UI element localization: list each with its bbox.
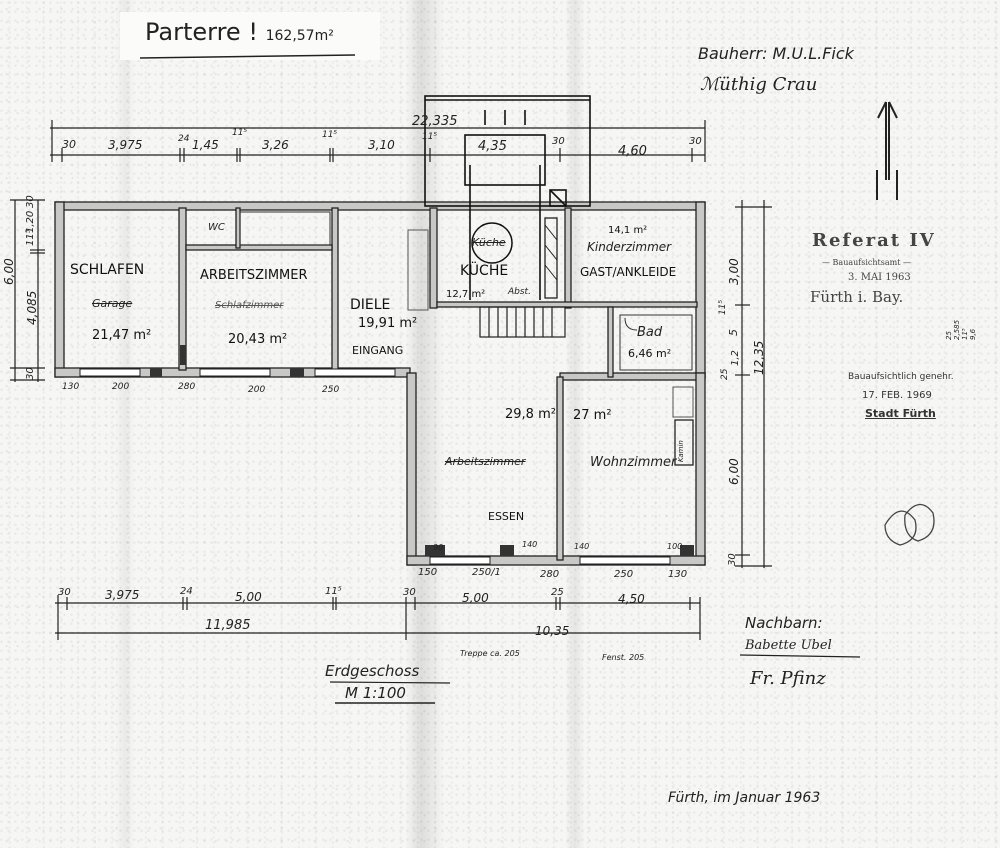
room-old-name-arbeitszimmer: Schlafzimmer <box>215 300 283 311</box>
window-dim: 200 <box>248 385 265 395</box>
stamp-referat-date: 3. MAI 1963 <box>848 272 911 283</box>
room-extra-wohnzimmer: Kamin <box>677 440 685 462</box>
neighbor-signature: Fr. Pfinz <box>750 668 826 689</box>
room-old-name-kueche: Küche <box>472 236 506 249</box>
note: Fenst. 205 <box>602 653 644 662</box>
dim-bottom: 4,50 <box>618 592 645 606</box>
window-dim: 250/1 <box>472 567 501 578</box>
dim-bottom: 5,00 <box>462 591 489 605</box>
floor-plan-drawing <box>0 0 1000 848</box>
north-arrow-icon <box>877 102 897 200</box>
margin-number: 2,585 <box>953 320 961 340</box>
stamp-referat-sub: — Bauaufsichtsamt — <box>822 258 911 267</box>
scale-label: M 1:100 <box>345 684 406 702</box>
dim-bottom: 5,00 <box>235 590 262 604</box>
dim-right: 6,00 <box>727 458 741 485</box>
dim-right: 25 <box>720 369 730 380</box>
dim-top: 24 <box>178 134 189 144</box>
room-extra-kueche: Abst. <box>508 287 531 297</box>
room-name-bad: Bad <box>637 325 662 340</box>
dim-top: 3,10 <box>368 138 395 152</box>
window-dim: 150 <box>418 567 437 578</box>
room-area-kueche: 12,7 m² <box>446 289 485 300</box>
dim-top: 30 <box>62 138 76 151</box>
floor-label: Erdgeschoss <box>325 662 419 680</box>
dim-bottom: 3,975 <box>105 588 139 602</box>
inner-dim: 140 <box>522 540 537 549</box>
dim-right: 11⁵ <box>718 300 728 315</box>
room-area-arbeitszimmer: 20,43 m² <box>228 332 287 347</box>
dim-right: 30 <box>727 553 738 566</box>
stamp-referat-city: Fürth i. Bay. <box>810 288 903 306</box>
neighbors-label: Nachbarn: <box>745 614 823 632</box>
dim-top: 11⁵ <box>322 130 337 140</box>
dim-right: 5 <box>727 329 740 336</box>
dim-top: 11⁵ <box>232 128 247 138</box>
room-old-name-essen: Arbeitszimmer <box>445 455 525 468</box>
dim-top: 4,60 <box>618 144 647 159</box>
window-dim: 200 <box>112 382 129 392</box>
window-dim: 130 <box>668 569 687 580</box>
room-name-kinderzimmer: GAST/ANKLEIDE <box>580 265 676 279</box>
dim-bottom: 11⁵ <box>325 586 342 597</box>
dim-bottom-total-left: 11,985 <box>205 618 251 633</box>
note: Treppe ca. 205 <box>460 649 520 658</box>
dim-left: 30 <box>25 195 36 208</box>
margin-number: 25 <box>945 331 953 340</box>
room-sub-diele: EINGANG <box>352 344 403 357</box>
room-name-schlafen: SCHLAFEN <box>70 262 144 278</box>
dim-left: 30 <box>25 367 36 380</box>
dim-bottom: 30 <box>403 587 416 598</box>
room-area-schlafen: 21,47 m² <box>92 328 151 343</box>
margin-number: 9,6 <box>969 329 977 340</box>
room-name-diele: DIELE <box>350 297 390 313</box>
dim-top: 4,35 <box>478 139 507 154</box>
dim-top: 30 <box>552 136 565 147</box>
dim-right: 3,00 <box>727 258 741 285</box>
dim-top: 3,26 <box>262 138 289 152</box>
room-name-arbeitszimmer: ARBEITSZIMMER <box>200 268 308 283</box>
dim-bottom: 24 <box>180 586 193 597</box>
dim-right: 1,2 <box>730 350 741 366</box>
dim-bottom-total-right: 10,35 <box>535 624 569 638</box>
room-area-wohnzimmer: 27 m² <box>573 408 612 423</box>
stamp-approval-city: Stadt Fürth <box>865 407 936 420</box>
room-area-bad: 6,46 m² <box>628 347 671 360</box>
room-name-wc: WC <box>208 222 225 233</box>
stamp-approval-label: Bauaufsichtlich genehr. <box>848 372 954 382</box>
dim-left: 1,20 <box>25 211 36 233</box>
dim-top: 3,975 <box>108 138 142 152</box>
dim-top: 30 <box>689 136 702 147</box>
window-dim: 280 <box>178 382 195 392</box>
dim-left-total: 6,00 <box>2 258 16 285</box>
dim-top: 11⁵ <box>422 132 437 142</box>
place-date: Fürth, im Januar 1963 <box>668 790 820 806</box>
window-dim: 250 <box>322 385 339 395</box>
margin-number: 11⁵ <box>961 328 969 340</box>
room-name-wohnzimmer: Wohnzimmer <box>590 455 676 470</box>
window-dim: 280 <box>540 569 559 580</box>
inner-dim: 90 <box>433 543 443 552</box>
room-name-kueche: KÜCHE <box>460 263 508 279</box>
inner-dim: 100 <box>667 542 682 551</box>
room-name-essen: ESSEN <box>488 510 524 523</box>
dim-top: 1,45 <box>192 138 219 152</box>
window-dim: 130 <box>62 382 79 392</box>
room-area-kinderzimmer: 14,1 m² <box>608 225 647 236</box>
room-old-name-schlafen: Garage <box>92 297 132 310</box>
dim-bottom: 25 <box>551 587 564 598</box>
room-area-essen: 29,8 m² <box>505 407 556 422</box>
dim-bottom: 30 <box>58 587 71 598</box>
dim-left: 4,085 <box>25 291 39 325</box>
dim-right-total: 12,35 <box>752 341 766 375</box>
stamp-referat-title: Referat IV <box>812 230 936 251</box>
inner-dim: 140 <box>574 542 589 551</box>
stamp-approval-date: 17. FEB. 1969 <box>862 390 932 401</box>
neighbor-signature: Babette Ubel <box>745 638 832 653</box>
dim-top-total: 22,335 <box>412 114 458 129</box>
window-dim: 250 <box>614 569 633 580</box>
room-old-name-kinderzimmer: Kinderzimmer <box>587 240 671 254</box>
room-area-diele: 19,91 m² <box>358 316 417 331</box>
